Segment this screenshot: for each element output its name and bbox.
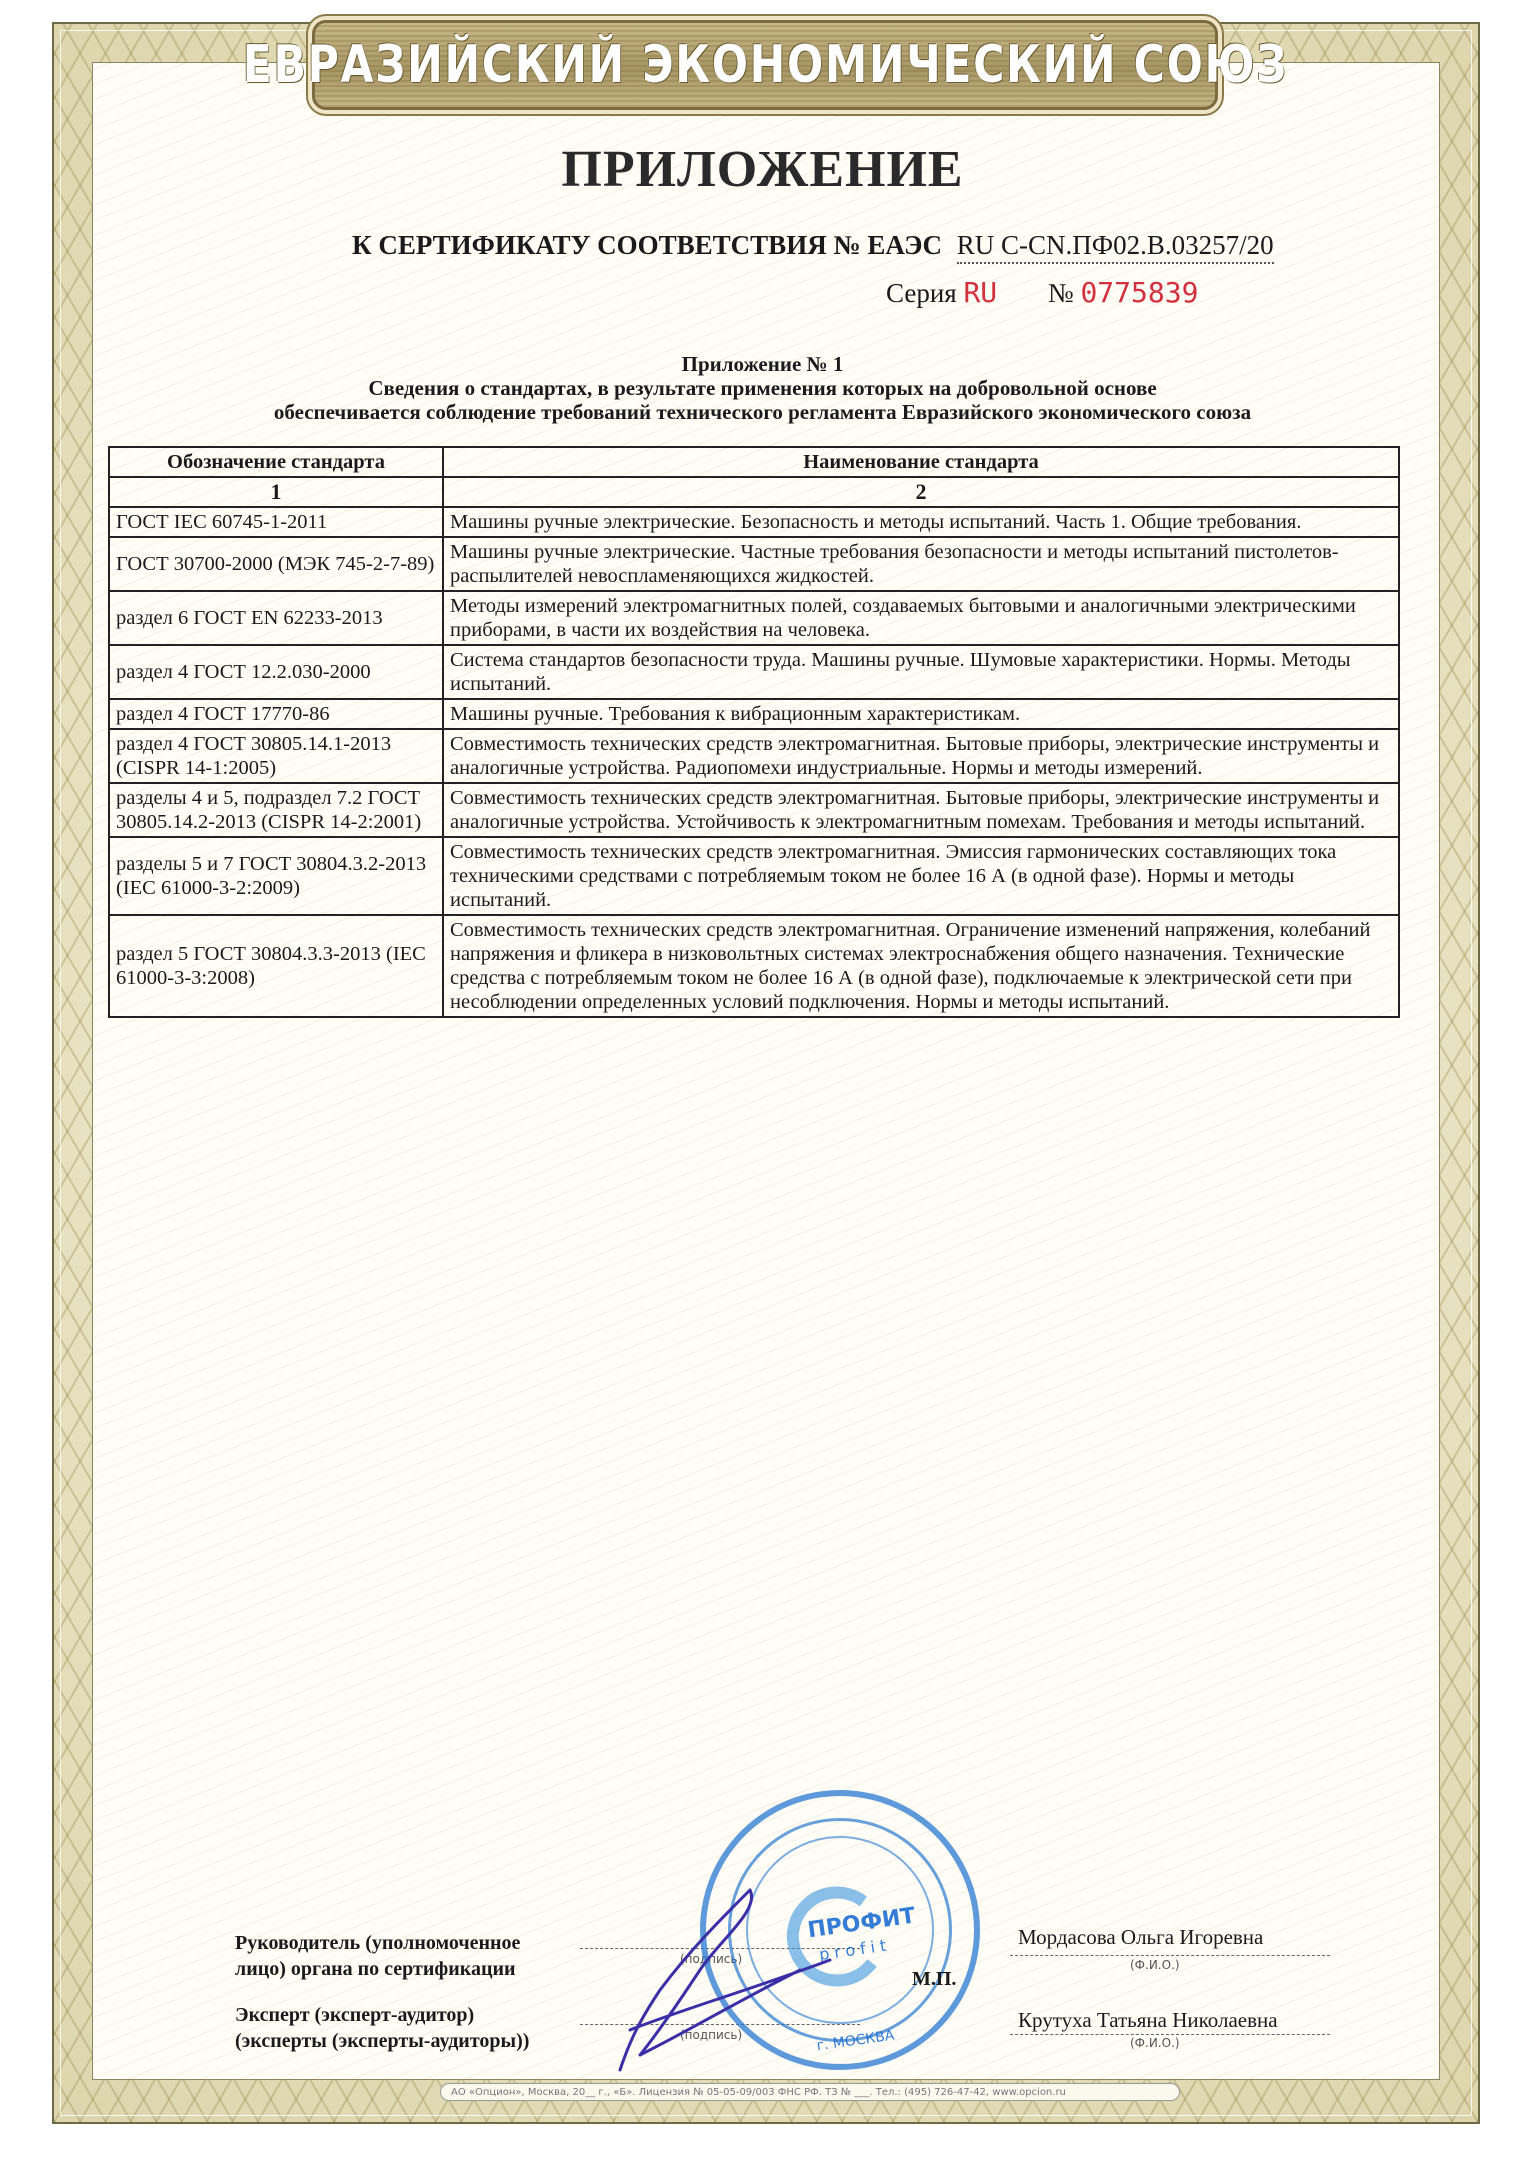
table-number-row: 1 2 xyxy=(109,477,1399,507)
expert-label: Эксперт (эксперт-аудитор) (эксперты (экс… xyxy=(235,2002,529,2054)
table-row: разделы 4 и 5, подраздел 7.2 ГОСТ 30805.… xyxy=(109,783,1399,837)
certificate-number: RU C-CN.ПФ02.В.03257/20 xyxy=(957,230,1274,264)
column-header-name: Наименование стандарта xyxy=(443,447,1399,477)
standard-code: ГОСТ 30700-2000 (МЭК 745-2-7-89) xyxy=(109,537,443,591)
table-row: разделы 5 и 7 ГОСТ 30804.3.2-2013 (IEC 6… xyxy=(109,837,1399,915)
standard-name: Машины ручные электрические. Безопасност… xyxy=(443,507,1399,537)
table-row: раздел 4 ГОСТ 30805.14.1-2013 (CISPR 14-… xyxy=(109,729,1399,783)
series-label: Серия xyxy=(886,278,957,308)
head-label-line1: Руководитель (уполномоченное xyxy=(235,1930,520,1956)
page-title: ПРИЛОЖЕНИЕ xyxy=(0,140,1525,199)
standard-code: раздел 4 ГОСТ 12.2.030-2000 xyxy=(109,645,443,699)
head-name: Мордасова Ольга Игоревна xyxy=(1018,1925,1263,1950)
standard-code: разделы 5 и 7 ГОСТ 30804.3.2-2013 (IEC 6… xyxy=(109,837,443,915)
standard-name: Система стандартов безопасности труда. М… xyxy=(443,645,1399,699)
subtitle-prefix: К СЕРТИФИКАТУ СООТВЕТСТВИЯ № ЕАЭС xyxy=(352,230,942,260)
table-row: раздел 5 ГОСТ 30804.3.3-2013 (IEC 61000-… xyxy=(109,915,1399,1017)
head-of-body-label: Руководитель (уполномоченное лицо) орган… xyxy=(235,1930,520,1982)
series-line: Серия RU № 0775839 xyxy=(886,276,1198,309)
standard-name: Машины ручные. Требования к вибрационным… xyxy=(443,699,1399,729)
table-row: ГОСТ IEC 60745-1-2011 Машины ручные элек… xyxy=(109,507,1399,537)
head-name-hint: (Ф.И.О.) xyxy=(1130,1958,1180,1972)
head-label-line2: лицо) органа по сертификации xyxy=(235,1956,520,1982)
standard-name: Совместимость технических средств электр… xyxy=(443,837,1399,915)
header-banner: ЕВРАЗИЙСКИЙ ЭКОНОМИЧЕСКИЙ СОЮЗ xyxy=(312,20,1218,110)
expert-name-hint: (Ф.И.О.) xyxy=(1130,2036,1180,2050)
banner-title: ЕВРАЗИЙСКИЙ ЭКОНОМИЧЕСКИЙ СОЮЗ xyxy=(242,35,1287,95)
series-value: RU xyxy=(963,276,997,309)
column-number-1: 1 xyxy=(109,477,443,507)
annex-description-line2: обеспечивается соблюдение требований тех… xyxy=(0,400,1525,424)
serial-number: 0775839 xyxy=(1080,276,1198,309)
expert-label-line1: Эксперт (эксперт-аудитор) xyxy=(235,2002,529,2028)
printer-imprint: АО «Опцион», Москва, 20__ г., «Б». Лицен… xyxy=(440,2083,1180,2101)
table-row: раздел 6 ГОСТ EN 62233-2013 Методы измер… xyxy=(109,591,1399,645)
expert-name-line xyxy=(1010,2034,1330,2035)
column-header-code: Обозначение стандарта xyxy=(109,447,443,477)
number-label: № xyxy=(1048,278,1074,308)
standard-name: Совместимость технических средств электр… xyxy=(443,915,1399,1017)
standard-code: ГОСТ IEC 60745-1-2011 xyxy=(109,507,443,537)
handwritten-signature-icon xyxy=(600,1880,840,2080)
standard-code: раздел 5 ГОСТ 30804.3.3-2013 (IEC 61000-… xyxy=(109,915,443,1017)
standard-name: Методы измерений электромагнитных полей,… xyxy=(443,591,1399,645)
table-header-row: Обозначение стандарта Наименование станд… xyxy=(109,447,1399,477)
table-row: ГОСТ 30700-2000 (МЭК 745-2-7-89) Машины … xyxy=(109,537,1399,591)
standard-code: раздел 6 ГОСТ EN 62233-2013 xyxy=(109,591,443,645)
standard-name: Совместимость технических средств электр… xyxy=(443,783,1399,837)
annex-description-line1: Сведения о стандартах, в результате прим… xyxy=(0,376,1525,400)
standards-table: Обозначение стандарта Наименование станд… xyxy=(108,446,1400,1018)
head-name-line xyxy=(1010,1955,1330,1956)
standard-code: разделы 4 и 5, подраздел 7.2 ГОСТ 30805.… xyxy=(109,783,443,837)
standard-code: раздел 4 ГОСТ 17770-86 xyxy=(109,699,443,729)
annex-heading: Приложение № 1 Сведения о стандартах, в … xyxy=(0,352,1525,424)
standard-name: Машины ручные электрические. Частные тре… xyxy=(443,537,1399,591)
table-row: раздел 4 ГОСТ 12.2.030-2000 Система стан… xyxy=(109,645,1399,699)
expert-name: Крутуха Татьяна Николаевна xyxy=(1018,2008,1278,2033)
table-row: раздел 4 ГОСТ 17770-86 Машины ручные. Тр… xyxy=(109,699,1399,729)
expert-label-line2: (эксперты (эксперты-аудиторы)) xyxy=(235,2028,529,2054)
seal-place-label: М.П. xyxy=(912,1968,956,1991)
standard-code: раздел 4 ГОСТ 30805.14.1-2013 (CISPR 14-… xyxy=(109,729,443,783)
standard-name: Совместимость технических средств электр… xyxy=(443,729,1399,783)
annex-title: Приложение № 1 xyxy=(0,352,1525,376)
certificate-reference: К СЕРТИФИКАТУ СООТВЕТСТВИЯ № ЕАЭС RU C-C… xyxy=(352,230,1274,264)
column-number-2: 2 xyxy=(443,477,1399,507)
